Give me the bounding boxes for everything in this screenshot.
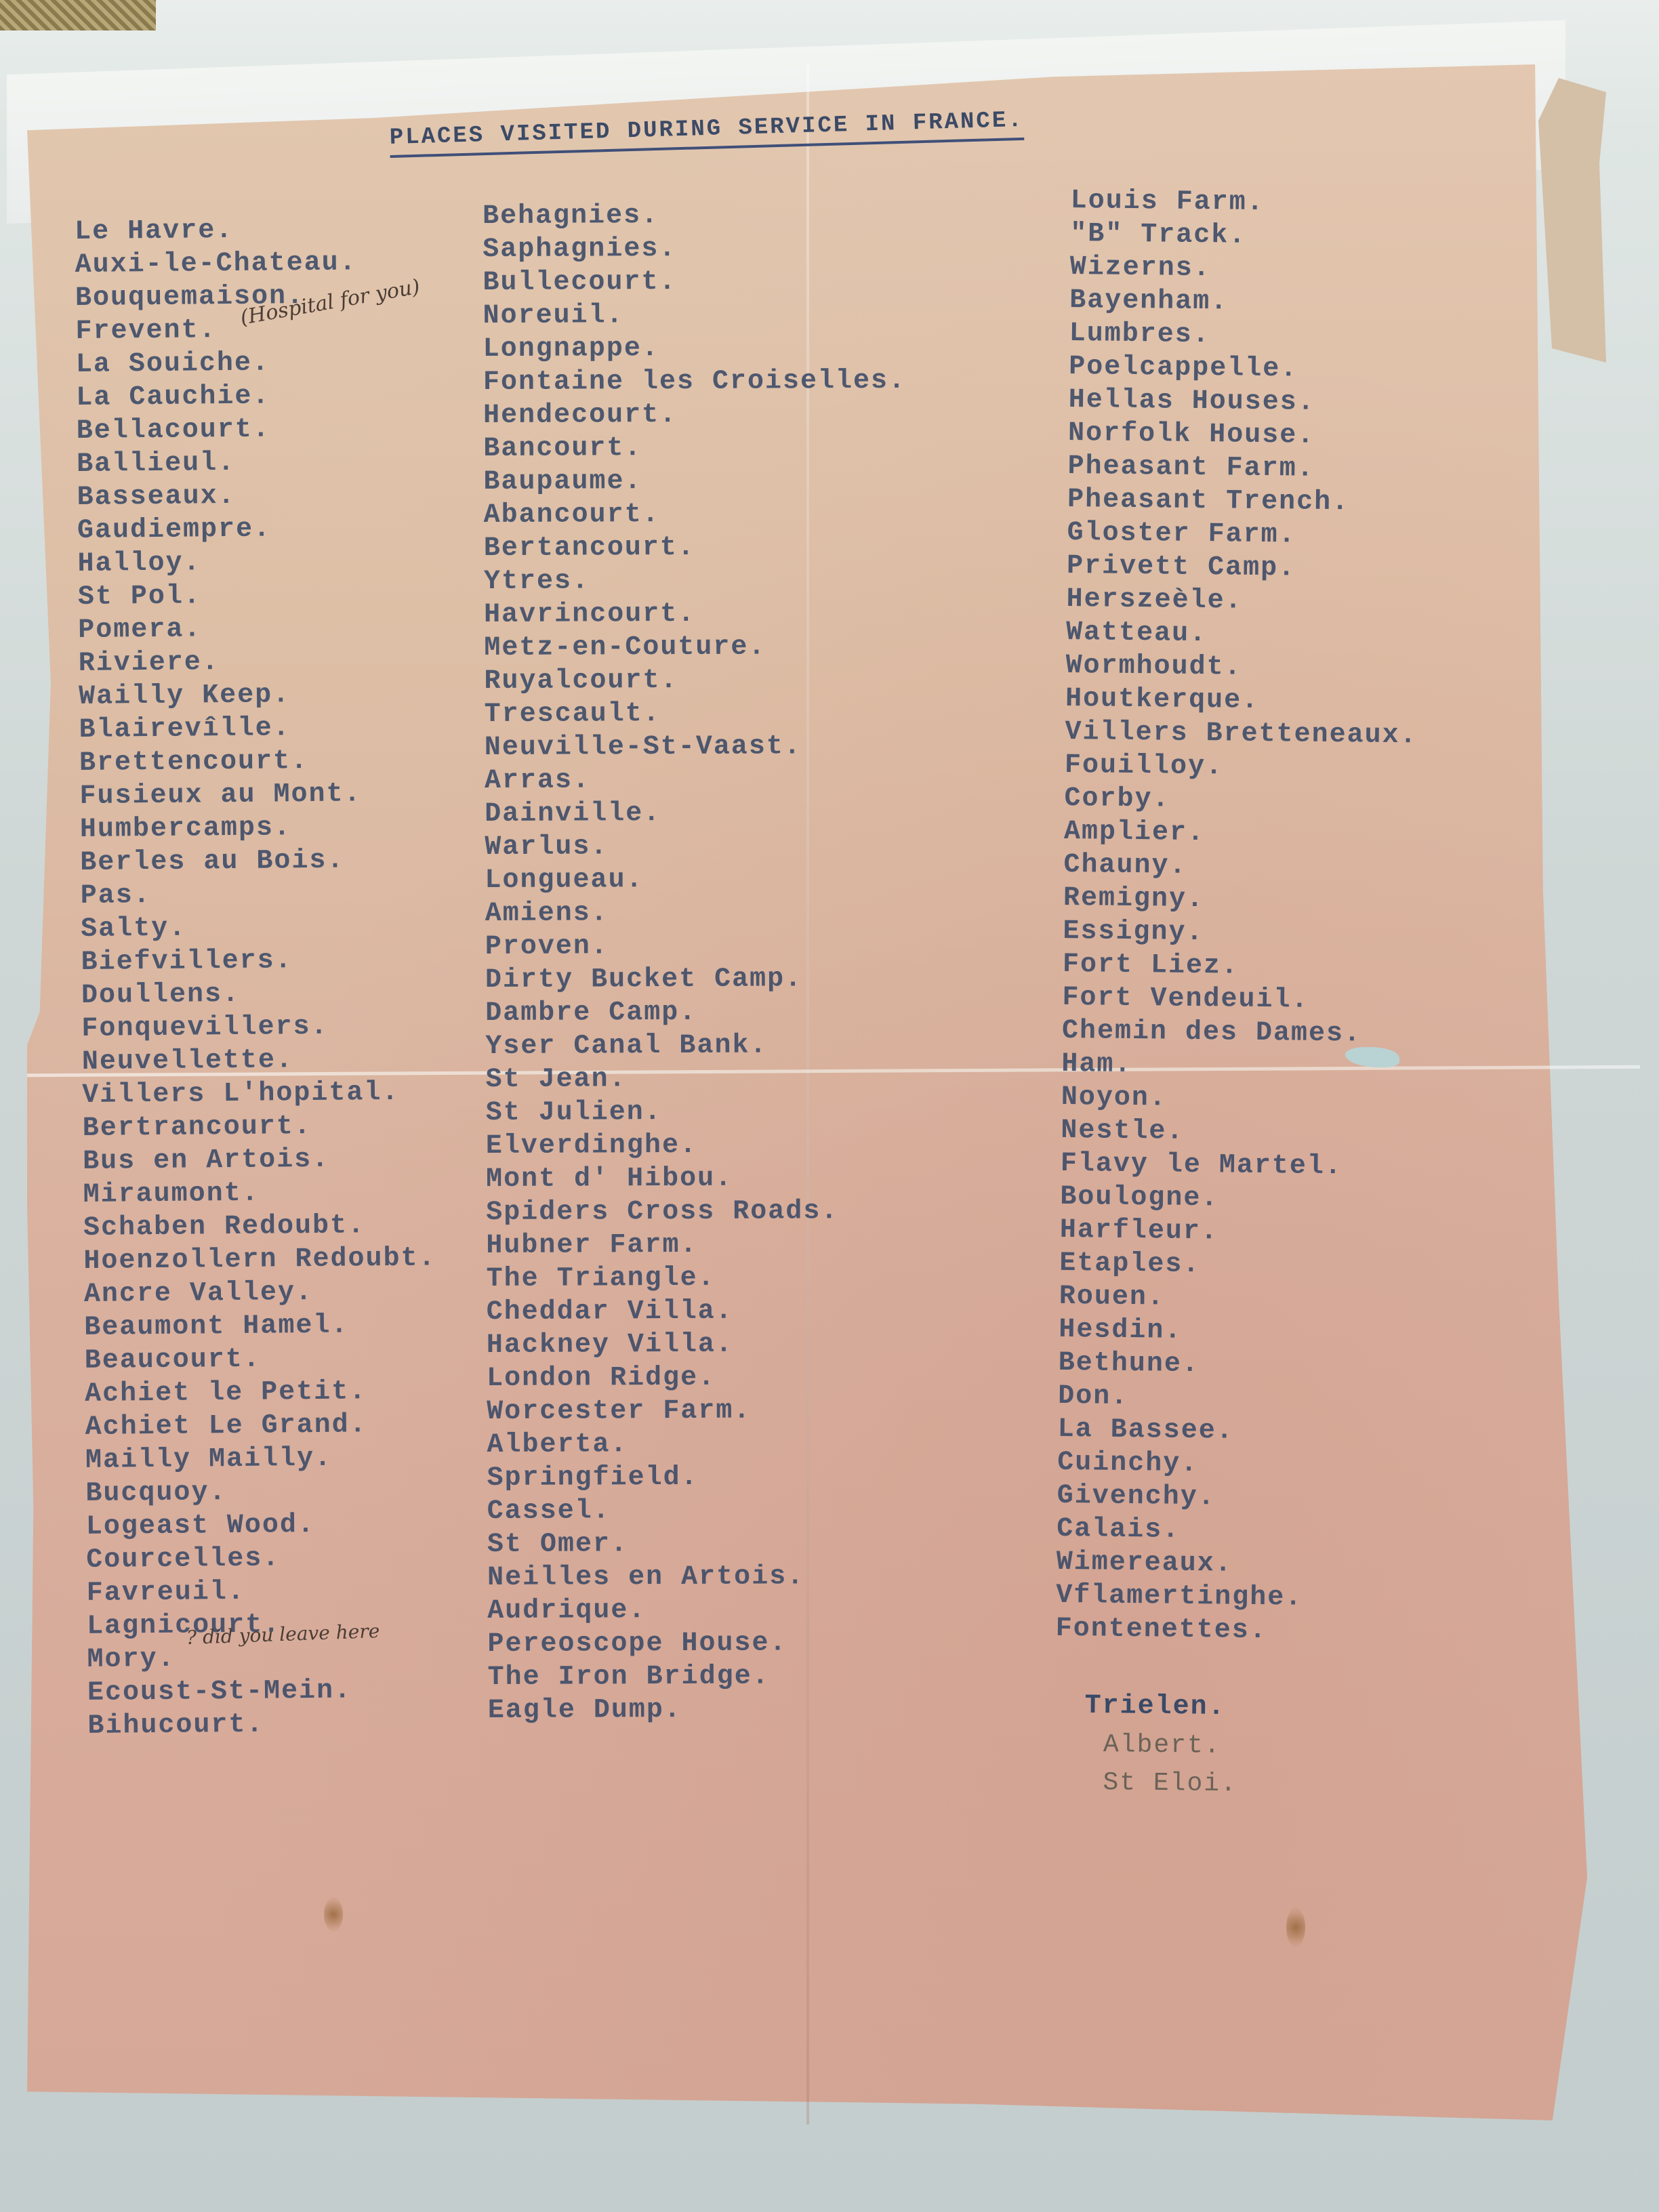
place-item: Villers L'hopital. xyxy=(82,1076,434,1112)
place-item: Pomera. xyxy=(78,611,430,647)
place-item: Arras. xyxy=(485,763,907,798)
place-item: Harfleur. xyxy=(1060,1214,1413,1250)
place-item: Brettencourt. xyxy=(79,743,432,780)
place-item: Herszeèle. xyxy=(1066,583,1419,619)
place-item: Worcester Farm. xyxy=(487,1394,909,1429)
place-item: Lumbres. xyxy=(1069,317,1422,354)
stain-right xyxy=(1286,1908,1305,1947)
places-column-2: Behagnies.Saphagnies.Bullecourt.Noreuil.… xyxy=(483,199,911,1727)
place-item: Ham. xyxy=(1061,1048,1414,1084)
place-item: Humbercamps. xyxy=(80,810,432,846)
place-item: Pheasant Farm. xyxy=(1067,450,1420,487)
place-item: Hellas Houses. xyxy=(1068,384,1421,420)
place-item: Beaumont Hamel. xyxy=(84,1308,436,1345)
place-item: Eagle Dump. xyxy=(488,1693,911,1727)
place-item: Favreuil. xyxy=(87,1574,439,1610)
place-item: Wailly Keep. xyxy=(79,677,431,714)
places-column-3-addendum: Trielen. Albert. St Eloi. xyxy=(1084,1687,1238,1803)
fabric-corner xyxy=(0,0,156,30)
place-item: Bancourt. xyxy=(483,431,906,466)
place-item: La Souiche. xyxy=(76,345,428,382)
place-item: Abancourt. xyxy=(484,497,907,532)
place-item: Corby. xyxy=(1064,782,1417,819)
place-item: Achiet Le Grand. xyxy=(85,1408,437,1444)
place-item: La Bassee. xyxy=(1058,1413,1411,1450)
place-item: Mailly Mailly. xyxy=(85,1441,438,1477)
place-item: Watteau. xyxy=(1066,616,1419,653)
place-item: Yser Canal Bank. xyxy=(485,1029,908,1063)
place-item: Etaples. xyxy=(1059,1247,1412,1284)
place-item: Blairevîlle. xyxy=(79,710,431,747)
place-item: Privett Camp. xyxy=(1067,550,1420,586)
place-item: St Eloi. xyxy=(1084,1764,1237,1803)
place-item: Bertrancourt. xyxy=(83,1109,435,1145)
place-item: Dirty Bucket Camp. xyxy=(485,962,908,997)
place-item: Basseaux. xyxy=(77,478,429,514)
place-item: Bayenham. xyxy=(1069,284,1422,321)
place-item: Dainville. xyxy=(485,796,907,831)
place-item: Spiders Cross Roads. xyxy=(486,1195,909,1229)
place-item: Villers Bretteneaux. xyxy=(1065,716,1418,752)
place-item: Elverdinghe. xyxy=(486,1128,909,1163)
place-item: Amplier. xyxy=(1064,815,1417,852)
place-item: Ruyalcourt. xyxy=(484,663,907,698)
place-item: Albert. xyxy=(1084,1726,1238,1765)
stain-left xyxy=(324,1898,343,1931)
place-item: "B" Track. xyxy=(1070,218,1423,254)
place-item: Ecoust-St-Mein. xyxy=(87,1673,440,1710)
place-item: Wizerns. xyxy=(1069,251,1422,287)
places-column-1: Le Havre.Auxi-le-Chateau.Bouquemaison.Fr… xyxy=(75,212,441,1742)
place-item: Warlus. xyxy=(485,829,907,864)
place-item: Longueau. xyxy=(485,863,907,897)
place-item: Gloster Farm. xyxy=(1067,516,1420,553)
place-item: Norfolk House. xyxy=(1068,417,1421,453)
place-item: Trielen. xyxy=(1084,1687,1238,1727)
place-item: Poelcappelle. xyxy=(1069,350,1422,387)
place-item: Fort Liez. xyxy=(1063,948,1416,985)
place-item: Achiet le Petit. xyxy=(85,1374,437,1411)
place-item: Riviere. xyxy=(79,644,431,680)
place-item: Audrique. xyxy=(487,1593,910,1628)
place-item: Calais. xyxy=(1057,1513,1410,1549)
place-item: Givenchy. xyxy=(1057,1479,1410,1516)
place-item: St Pol. xyxy=(78,577,430,614)
place-item: Chemin des Dames. xyxy=(1062,1015,1415,1051)
place-item: Biefvillers. xyxy=(81,943,433,979)
place-item: Vflamertinghe. xyxy=(1056,1579,1409,1616)
place-item: Rouen. xyxy=(1059,1280,1412,1317)
place-item: Pas. xyxy=(81,876,433,913)
place-item: Houtkerque. xyxy=(1065,682,1418,719)
place-item: Boulogne. xyxy=(1060,1181,1413,1217)
place-item: Hesdin. xyxy=(1059,1313,1412,1350)
place-item: Fort Vendeuil. xyxy=(1062,981,1415,1018)
place-item: St Omer. xyxy=(487,1527,910,1561)
place-item: Gaudiempre. xyxy=(77,511,430,548)
place-item: Dambre Camp. xyxy=(485,996,908,1030)
place-item: Fontaine les Croiselles. xyxy=(483,365,906,399)
place-item: Ballieul. xyxy=(77,445,429,481)
place-item: Trescault. xyxy=(485,697,907,731)
place-item: Nestle. xyxy=(1061,1114,1414,1151)
place-item: Baupaume. xyxy=(483,464,906,499)
place-item: Saphagnies. xyxy=(483,232,905,266)
place-item: Proven. xyxy=(485,929,908,964)
place-item: Fontenettes. xyxy=(1055,1612,1408,1649)
place-item: Fusieux au Mont. xyxy=(79,777,432,813)
place-item: Ytres. xyxy=(484,564,907,598)
place-item: Amiens. xyxy=(485,896,908,930)
place-item: Wormhoudt. xyxy=(1065,649,1418,686)
place-item: Wimereaux. xyxy=(1056,1546,1409,1582)
place-item: Bihucourt. xyxy=(87,1706,440,1743)
place-item: Springfield. xyxy=(487,1460,909,1495)
place-item: Essigny. xyxy=(1063,915,1416,951)
place-item: Cheddar Villa. xyxy=(487,1294,909,1329)
place-item: Le Havre. xyxy=(75,212,427,249)
place-item: Hoenzollern Redoubt. xyxy=(83,1242,436,1278)
place-item: Auxi-le-Chateau. xyxy=(75,245,427,282)
place-item: Don. xyxy=(1058,1380,1411,1416)
place-item: Neuville-St-Vaast. xyxy=(485,730,907,764)
place-item: Hackney Villa. xyxy=(487,1328,909,1362)
place-item: Ancre Valley. xyxy=(84,1275,436,1311)
place-item: Schaben Redoubt. xyxy=(83,1208,436,1245)
place-item: London Ridge. xyxy=(487,1361,909,1395)
place-item: St Jean. xyxy=(485,1062,908,1097)
place-item: The Iron Bridge. xyxy=(488,1660,911,1694)
place-item: Behagnies. xyxy=(483,199,905,233)
place-item: Hubner Farm. xyxy=(486,1228,909,1263)
place-item: Metz-en-Couture. xyxy=(484,630,907,665)
place-item: Remigny. xyxy=(1063,882,1416,918)
place-item: Louis Farm. xyxy=(1070,184,1423,221)
place-item: Flavy le Martel. xyxy=(1061,1147,1414,1184)
place-item: Alberta. xyxy=(487,1427,909,1462)
places-column-3: Louis Farm."B" Track.Wizerns.Bayenham.Lu… xyxy=(1055,184,1423,1649)
place-item: Pheasant Trench. xyxy=(1067,483,1420,520)
place-item: Bus en Artois. xyxy=(83,1142,435,1179)
place-item: Bellacourt. xyxy=(77,411,429,448)
place-item: Bullecourt. xyxy=(483,265,905,300)
place-item: Berles au Bois. xyxy=(80,843,432,880)
place-item: Noyon. xyxy=(1061,1081,1414,1118)
place-item: Cassel. xyxy=(487,1494,910,1528)
place-item: The Triangle. xyxy=(486,1261,909,1296)
place-item: Pereoscope House. xyxy=(487,1626,910,1661)
place-item: Bethune. xyxy=(1059,1347,1412,1383)
place-item: Cuinchy. xyxy=(1057,1446,1410,1483)
place-item: Fouilloy. xyxy=(1065,749,1418,785)
place-item: Miraumont. xyxy=(83,1175,435,1212)
place-item: Salty. xyxy=(81,909,433,946)
place-item: Chauny. xyxy=(1063,848,1416,885)
place-item: Longnappe. xyxy=(483,331,906,366)
place-item: Havrincourt. xyxy=(484,597,907,632)
place-item: Courcelles. xyxy=(86,1540,438,1577)
place-item: Mont d' Hibou. xyxy=(486,1162,909,1196)
place-item: Neuvellette. xyxy=(82,1042,434,1079)
place-item: La Cauchie. xyxy=(76,378,428,415)
place-item: Bucquoy. xyxy=(85,1474,438,1511)
place-item: St Julien. xyxy=(486,1095,909,1130)
place-item: Doullens. xyxy=(81,976,434,1012)
place-item: Fonquevillers. xyxy=(81,1009,434,1046)
place-item: Bertancourt. xyxy=(484,531,907,565)
place-item: Noreuil. xyxy=(483,298,906,333)
place-item: Beaucourt. xyxy=(85,1341,437,1378)
place-item: Halloy. xyxy=(77,544,430,581)
place-item: Logeast Wood. xyxy=(86,1507,438,1544)
place-item: Hendecourt. xyxy=(483,398,906,432)
place-item: Neilles en Artois. xyxy=(487,1560,910,1595)
